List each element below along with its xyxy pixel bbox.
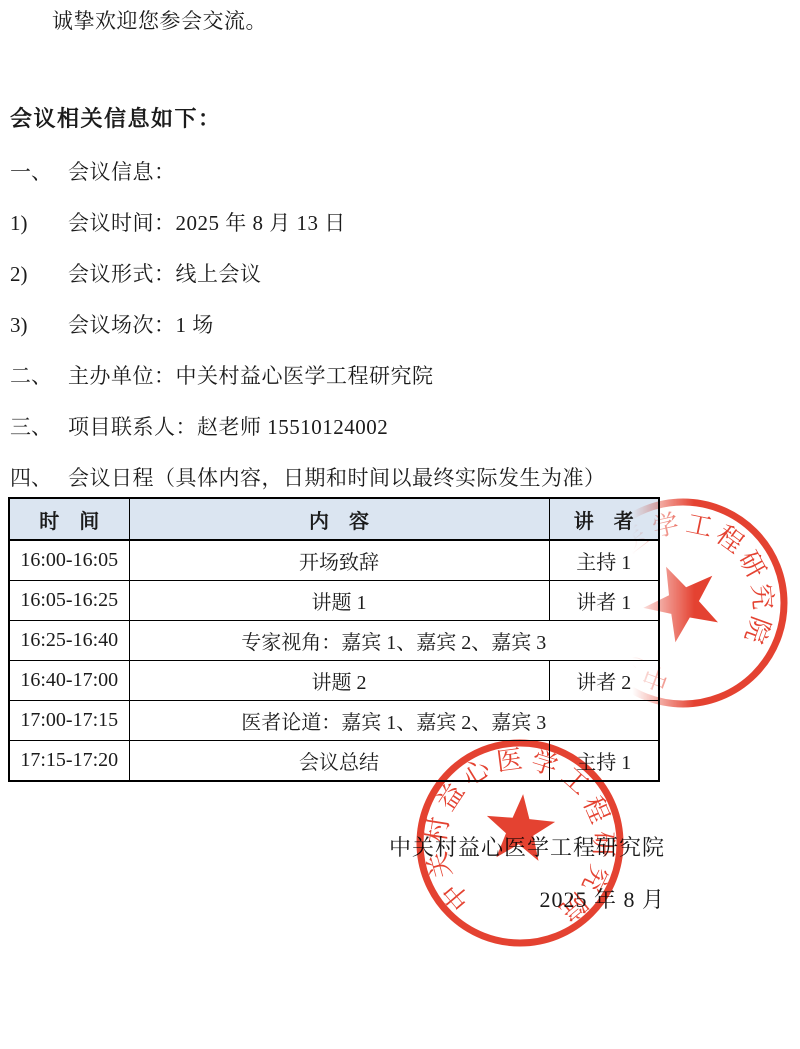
list-item: 三、项目联系人：赵老师 15510124002 <box>10 413 750 464</box>
list-item-text: 主办单位：中关村益心医学工程研究院 <box>68 362 750 390</box>
cell-content: 讲题 1 <box>129 581 549 621</box>
table-header-cell: 时 间 <box>9 498 129 540</box>
list-item-number: 一、 <box>10 158 68 186</box>
table-row: 16:25-16:40专家视角：嘉宾 1、嘉宾 2、嘉宾 3 <box>9 621 659 661</box>
signature-organization: 中关村益心医学工程研究院 <box>389 831 665 862</box>
cell-content: 讲题 2 <box>129 661 549 701</box>
seal-character: 院 <box>739 613 775 647</box>
list-item: 3)会议场次：1 场 <box>10 311 750 362</box>
schedule-table: 时 间内 容讲 者 16:00-16:05开场致辞主持 116:05-16:25… <box>8 497 660 782</box>
table-row: 17:15-17:20会议总结主持 1 <box>9 741 659 782</box>
list-item-text: 会议场次：1 场 <box>68 311 750 339</box>
seal-character: 究 <box>746 583 777 611</box>
list-item: 2)会议形式：线上会议 <box>10 260 750 311</box>
cell-speaker: 讲者 2 <box>549 661 659 701</box>
list-item-text: 会议信息： <box>68 158 750 186</box>
list-item-number: 三、 <box>10 413 68 441</box>
section-heading: 会议相关信息如下： <box>10 102 222 133</box>
list-item-number: 四、 <box>10 464 68 492</box>
list-item: 二、主办单位：中关村益心医学工程研究院 <box>10 362 750 413</box>
cell-content: 会议总结 <box>129 741 549 782</box>
list-item-text: 项目联系人：赵老师 15510124002 <box>68 413 750 441</box>
cell-time: 16:00-16:05 <box>9 540 129 581</box>
cell-content: 专家视角：嘉宾 1、嘉宾 2、嘉宾 3 <box>129 621 659 661</box>
cell-speaker: 主持 1 <box>549 741 659 782</box>
seal-character: 研 <box>733 546 771 583</box>
table-row: 16:40-17:00讲题 2讲者 2 <box>9 661 659 701</box>
list-item-number: 二、 <box>10 362 68 390</box>
seal-character: 中 <box>437 877 476 916</box>
list-item-text: 会议时间：2025 年 8 月 13 日 <box>68 209 750 237</box>
cell-content: 开场致辞 <box>129 540 549 581</box>
seal-character: 益 <box>432 778 471 816</box>
intro-paragraph: 诚挚欢迎您参会交流。 <box>52 7 267 35</box>
cell-time: 17:15-17:20 <box>9 741 129 782</box>
table-header-cell: 内 容 <box>129 498 549 540</box>
cell-time: 16:40-17:00 <box>9 661 129 701</box>
cell-content: 医者论道：嘉宾 1、嘉宾 2、嘉宾 3 <box>129 701 659 741</box>
list-item-number: 2) <box>10 260 68 288</box>
cell-time: 16:25-16:40 <box>9 621 129 661</box>
cell-speaker: 讲者 1 <box>549 581 659 621</box>
table-row: 16:05-16:25讲题 1讲者 1 <box>9 581 659 621</box>
table-header-cell: 讲 者 <box>549 498 659 540</box>
seal-character: 程 <box>578 792 615 827</box>
table-header-row: 时 间内 容讲 者 <box>9 498 659 540</box>
info-list: 一、会议信息：1)会议时间：2025 年 8 月 13 日2)会议形式：线上会议… <box>10 158 750 515</box>
table-row: 17:00-17:15医者论道：嘉宾 1、嘉宾 2、嘉宾 3 <box>9 701 659 741</box>
list-item-number: 1) <box>10 209 68 237</box>
list-item: 一、会议信息： <box>10 158 750 209</box>
list-item-number: 3) <box>10 311 68 339</box>
document-page: 诚挚欢迎您参会交流。 会议相关信息如下： 一、会议信息：1)会议时间：2025 … <box>0 0 800 1049</box>
cell-time: 17:00-17:15 <box>9 701 129 741</box>
list-item-text: 会议形式：线上会议 <box>68 260 750 288</box>
cell-time: 16:05-16:25 <box>9 581 129 621</box>
table-row: 16:00-16:05开场致辞主持 1 <box>9 540 659 581</box>
cell-speaker: 主持 1 <box>549 540 659 581</box>
list-item: 1)会议时间：2025 年 8 月 13 日 <box>10 209 750 260</box>
signature-date: 2025 年 8 月 <box>539 883 665 914</box>
seal-character: 程 <box>711 520 749 559</box>
list-item-text: 会议日程（具体内容，日期和时间以最终实际发生为准） <box>68 464 750 492</box>
